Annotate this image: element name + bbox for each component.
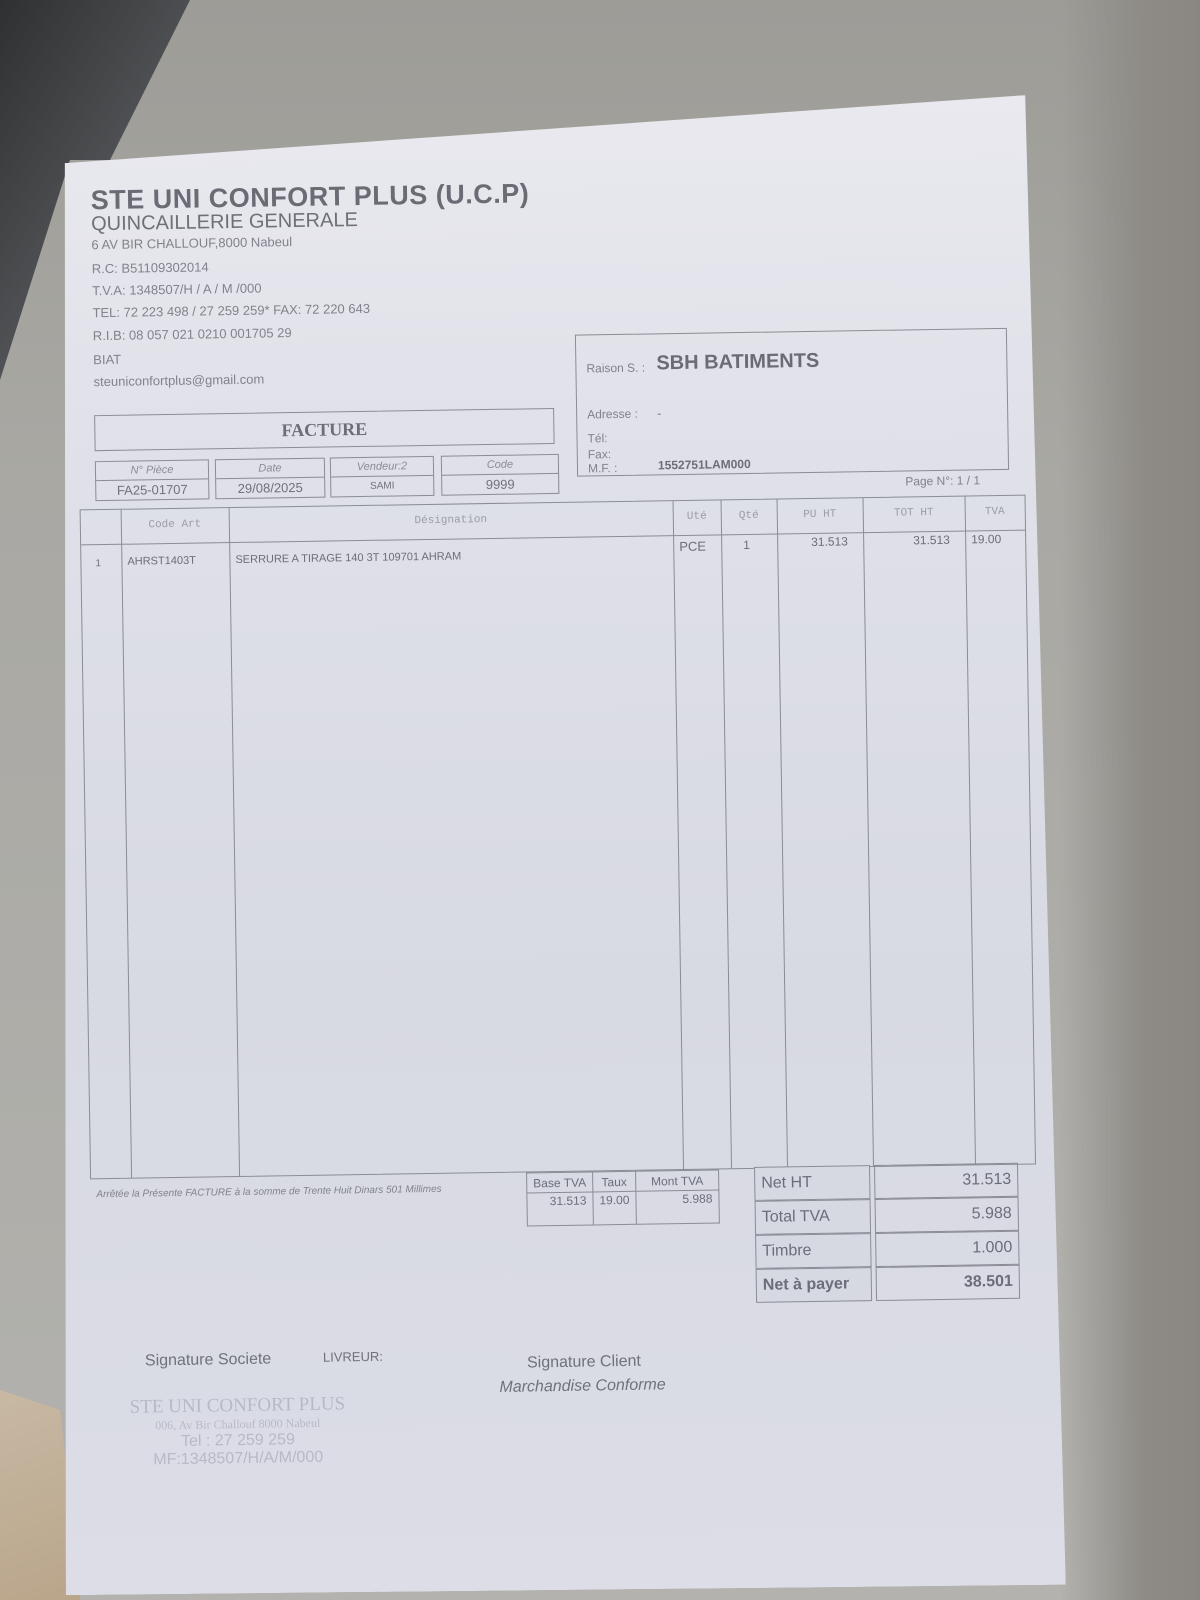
raison-label: Raison S. :: [586, 361, 645, 376]
header-pu-ht: PU HT: [777, 508, 863, 521]
col-divider: [777, 499, 788, 1167]
meta-piece-value: FA25-01707: [96, 479, 208, 500]
timbre-label: Timbre: [755, 1233, 872, 1269]
company-activity: QUINCAILLERIE GENERALE: [91, 209, 358, 236]
background-shadow: [1060, 0, 1200, 1600]
client-box: Raison S. : SBH BATIMENTS Adresse : - Té…: [575, 328, 1009, 477]
meta-vendeur-label: Vendeur:2: [331, 457, 433, 478]
document-title: FACTURE: [94, 408, 555, 451]
meta-date-value: 29/08/2025: [216, 478, 324, 499]
col-divider: [863, 498, 874, 1166]
row-designation: SERRURE A TIRAGE 140 3T 109701 AHRAM: [235, 550, 461, 566]
company-rib: R.I.B: 08 057 021 0210 001705 29: [93, 325, 292, 343]
invoice-document: STE UNI CONFORT PLUS (U.C.P) QUINCAILLER…: [70, 142, 1052, 1537]
company-tel: TEL: 72 223 498 / 27 259 259* FAX: 72 22…: [92, 301, 370, 320]
net-ht-label: Net HT: [754, 1165, 871, 1201]
header-designation: Désignation: [229, 511, 673, 530]
meta-date-label: Date: [216, 459, 324, 480]
marchandise-conforme: Marchandise Conforme: [499, 1376, 666, 1397]
tva-taux-value: 19.00: [593, 1191, 637, 1225]
meta-piece-label: N° Pièce: [96, 460, 208, 481]
company-address: 6 AV BIR CHALLOUF,8000 Nabeul: [91, 234, 292, 252]
header-tva: TVA: [965, 506, 1025, 519]
header-tot-ht: TOT HT: [863, 507, 965, 521]
tva-header-montant: Mont TVA: [636, 1170, 719, 1191]
meta-vendeur-value: SAMI: [331, 476, 433, 497]
total-tva-label: Total TVA: [755, 1199, 872, 1235]
col-divider: [229, 508, 240, 1176]
adresse-value: -: [657, 406, 661, 420]
row-number: 1: [95, 558, 101, 569]
header-qte: Qté: [721, 509, 777, 522]
company-stamp: STE UNI CONFORT PLUS 006, Av Bir Challou…: [130, 1393, 347, 1469]
col-divider: [964, 497, 975, 1165]
signature-client: Signature Client: [527, 1353, 641, 1373]
company-bank: BIAT: [93, 352, 121, 367]
tva-montant-value: 5.988: [636, 1190, 720, 1224]
meta-vendeur: Vendeur:2 SAMI: [330, 456, 435, 498]
row-tot-ht: 31.513: [913, 533, 950, 548]
row-unite: PCE: [679, 539, 706, 554]
row-tva: 19.00: [971, 532, 1001, 546]
col-divider: [721, 500, 732, 1168]
totals-table: Net HT 31.513 Total TVA 5.988 Timbre 1.0…: [750, 1163, 1024, 1303]
company-rc: R.C: B51109302014: [92, 259, 209, 276]
meta-code: Code 9999: [441, 454, 560, 496]
tva-header-taux: Taux: [592, 1171, 635, 1192]
col-divider: [121, 510, 132, 1178]
client-name: SBH BATIMENTS: [656, 350, 819, 376]
company-tva: T.V.A: 1348507/H / A / M /000: [92, 281, 262, 299]
meta-code-value: 9999: [442, 474, 558, 495]
net-a-payer-label: Net à payer: [756, 1267, 873, 1303]
stamp-line4: MF:1348507/H/A/M/000: [130, 1448, 346, 1469]
meta-piece: N° Pièce FA25-01707: [95, 459, 210, 501]
row-pu-ht: 31.513: [811, 534, 848, 549]
meta-date: Date 29/08/2025: [215, 458, 326, 500]
total-tva-value: 5.988: [875, 1197, 1020, 1233]
adresse-label: Adresse :: [587, 407, 638, 422]
tva-base-value: 31.513: [527, 1192, 593, 1226]
tel-label: Tél:: [587, 431, 607, 445]
tva-summary-table: Base TVA Taux Mont TVA 31.513 19.00 5.98…: [526, 1169, 720, 1226]
row-code: AHRST1403T: [127, 555, 196, 568]
mf-label: M.F. :: [588, 461, 618, 475]
livreur-label: LIVREUR:: [323, 1349, 383, 1365]
items-table: Code Art Désignation Uté Qté PU HT TOT H…: [80, 495, 1036, 1180]
net-ht-value: 31.513: [874, 1163, 1019, 1199]
signature-company: Signature Societe: [145, 1351, 272, 1371]
mf-value: 1552751LAM000: [658, 457, 751, 472]
col-divider: [673, 501, 684, 1169]
meta-code-label: Code: [442, 455, 558, 476]
amount-in-words: Arrêtée la Présente FACTURE à la somme d…: [96, 1184, 441, 1200]
net-a-payer-value: 38.501: [876, 1265, 1021, 1301]
header-unite: Uté: [673, 510, 721, 523]
page-number: Page N°: 1 / 1: [905, 473, 980, 488]
timbre-value: 1.000: [875, 1231, 1020, 1267]
fax-label: Fax:: [588, 447, 612, 461]
tva-header-base: Base TVA: [527, 1172, 593, 1193]
items-header-divider: [81, 530, 1025, 546]
company-email: steuniconfortplus@gmail.com: [93, 372, 264, 390]
header-code-art: Code Art: [121, 518, 229, 532]
row-qte: 1: [743, 538, 750, 552]
